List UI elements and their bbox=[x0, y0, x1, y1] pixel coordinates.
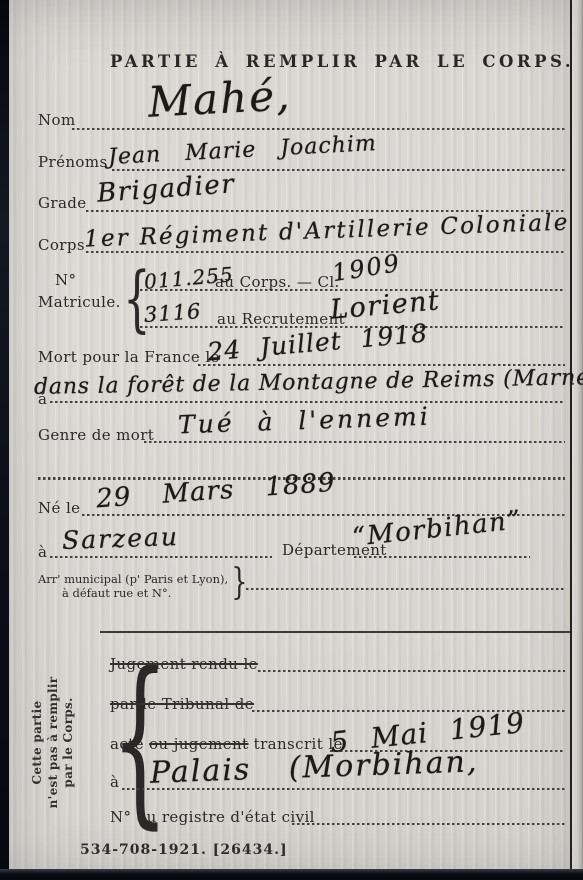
field-tribunal-label: par le Tribunal de bbox=[110, 695, 254, 713]
field-jugement-rendu-label: Jugement rendu le bbox=[110, 655, 258, 673]
field-ne-a-value: Sarzeau bbox=[62, 522, 180, 555]
print-reference: 534-708-1921. [26434.] bbox=[80, 842, 288, 858]
side-note-line: par le Corps. bbox=[61, 697, 75, 787]
side-note-line: Cette partie bbox=[30, 701, 44, 785]
dotted-line bbox=[112, 169, 565, 171]
field-genre-mort-label: Genre de mort bbox=[38, 426, 154, 444]
dotted-line bbox=[354, 556, 530, 558]
section-rule bbox=[100, 631, 570, 633]
form-title: PARTIE À REMPLIR PAR LE CORPS. bbox=[110, 52, 500, 71]
dotted-line bbox=[140, 289, 565, 291]
scan-border-right bbox=[577, 0, 583, 880]
matricule-au-recrutement-label: au Recrutement bbox=[217, 310, 345, 328]
field-matricule-label: Matricule. bbox=[38, 293, 121, 311]
scanned-death-record-form: PARTIE À REMPLIR PAR LE CORPS. Nom Mahé,… bbox=[0, 0, 583, 880]
side-note: Cette partie n'est pas à remplir par le … bbox=[30, 655, 85, 830]
field-grade-label: Grade bbox=[38, 194, 87, 212]
field-ne-le-label: Né le bbox=[38, 499, 80, 517]
dotted-line bbox=[258, 670, 565, 672]
scan-border-bottom bbox=[0, 869, 583, 880]
field-ne-a-label: à bbox=[38, 543, 47, 561]
arr-municipal-brace: } bbox=[231, 566, 247, 600]
dotted-line bbox=[72, 128, 565, 130]
dotted-line bbox=[292, 823, 565, 825]
matricule-numero-recrutement: 3116 bbox=[143, 299, 202, 327]
field-registre-label: N° du registre d'état civil bbox=[110, 808, 315, 826]
dotted-line bbox=[144, 441, 565, 443]
field-arr-municipal-line2: à défaut rue et N°. bbox=[62, 586, 171, 600]
field-departement-value: “Morbihan” bbox=[351, 505, 523, 553]
field-mort-le-label: Mort pour la France le bbox=[38, 348, 220, 366]
field-mort-lieu-value: dans la forêt de la Montagne de Reims (M… bbox=[34, 365, 583, 400]
field-grade-value: Brigadier bbox=[96, 169, 236, 209]
field-ne-le-value: 29 Mars 1889 bbox=[95, 468, 336, 515]
field-genre-mort-value: Tué à l'ennemi bbox=[178, 402, 432, 440]
field-prenoms-label: Prénoms bbox=[38, 153, 108, 171]
field-corps-label: Corps bbox=[38, 236, 85, 254]
dotted-line bbox=[246, 588, 565, 590]
side-note-line: n'est pas à remplir bbox=[46, 677, 60, 809]
dotted-line bbox=[50, 401, 565, 403]
matricule-au-corps-label: au Corps. — Cl. bbox=[215, 273, 340, 291]
field-transcrit-a-label: à bbox=[110, 773, 119, 791]
dotted-line bbox=[86, 251, 565, 253]
scan-border-left bbox=[0, 0, 9, 880]
field-nom-label: Nom bbox=[38, 111, 76, 129]
matricule-classe: 1909 bbox=[330, 249, 403, 287]
dotted-line bbox=[50, 556, 272, 558]
field-corps-value: 1er Régiment d'Artillerie Coloniale bbox=[84, 210, 570, 253]
field-matricule-no-label: N° bbox=[55, 271, 76, 289]
transcrit-ou-jugement: ou jugement bbox=[149, 735, 248, 753]
field-nom-value: Mahé, bbox=[147, 70, 293, 126]
field-prenoms-value: Jean Marie Joachim bbox=[108, 131, 378, 170]
field-arr-municipal-line1: Arr' municipal (p' Paris et Lyon), bbox=[38, 572, 228, 586]
transcrit-acte: acte bbox=[110, 735, 144, 753]
